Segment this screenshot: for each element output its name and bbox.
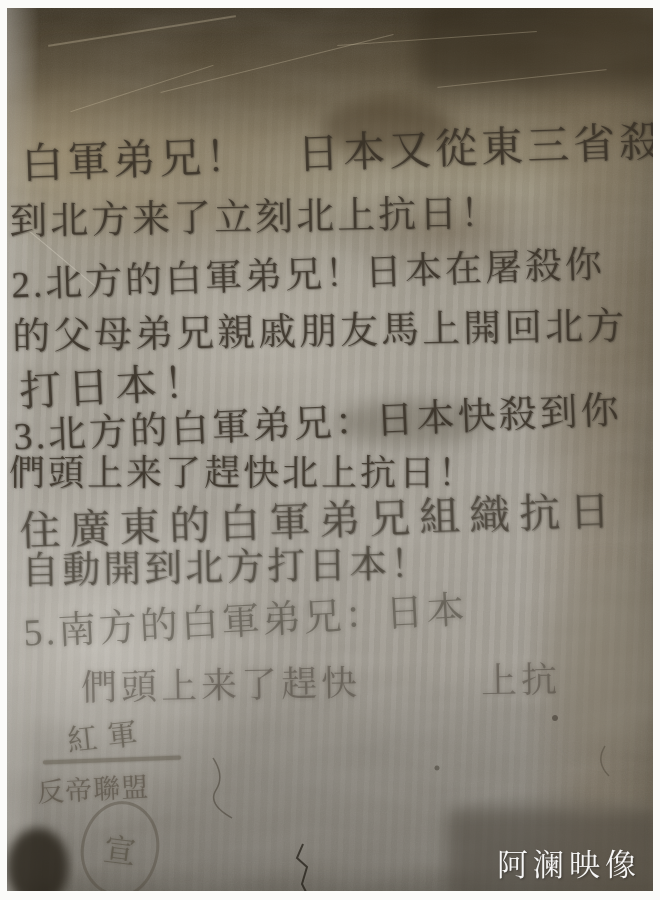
signature-seal-char: 宣	[101, 824, 138, 874]
watermark-contact: QQ 913936353	[472, 888, 641, 891]
photo-frame: 白軍弟兄！ 日本又從東三省殺 到北方来了立刻北上抗日！ 2.北方的白軍弟兄！日本…	[0, 0, 660, 900]
wall-slogan-line: 到北方来了立刻北上抗日！	[9, 182, 502, 246]
signature-underline	[43, 756, 181, 765]
wall-photo: 白軍弟兄！ 日本又從東三省殺 到北方来了立刻北上抗日！ 2.北方的白軍弟兄！日本…	[7, 8, 653, 891]
scratch-mark	[71, 65, 214, 112]
stain-patch	[547, 568, 653, 748]
wall-slogan-line: 的父母弟兄親戚朋友馬上開回北方	[12, 295, 628, 361]
scratch-mark	[160, 34, 393, 93]
stain-patch	[447, 808, 653, 891]
scratch-mark	[48, 15, 236, 47]
scratch-mark	[337, 31, 537, 46]
scratch-mark	[437, 69, 606, 88]
watermark-brand: 阿澜映像	[472, 840, 641, 885]
signature-red-army: 紅軍	[65, 708, 149, 760]
watermark: 阿澜映像 QQ 913936353	[472, 840, 641, 891]
wall-slogan-line: 白軍弟兄！ 日本又從東三省殺	[20, 109, 653, 191]
stain-patch	[417, 8, 653, 88]
wall-slogan-line: 們頭上来了趕快 上抗	[81, 652, 562, 711]
signature-seal-circle: 宣	[75, 797, 164, 891]
stain-patch	[7, 828, 69, 891]
